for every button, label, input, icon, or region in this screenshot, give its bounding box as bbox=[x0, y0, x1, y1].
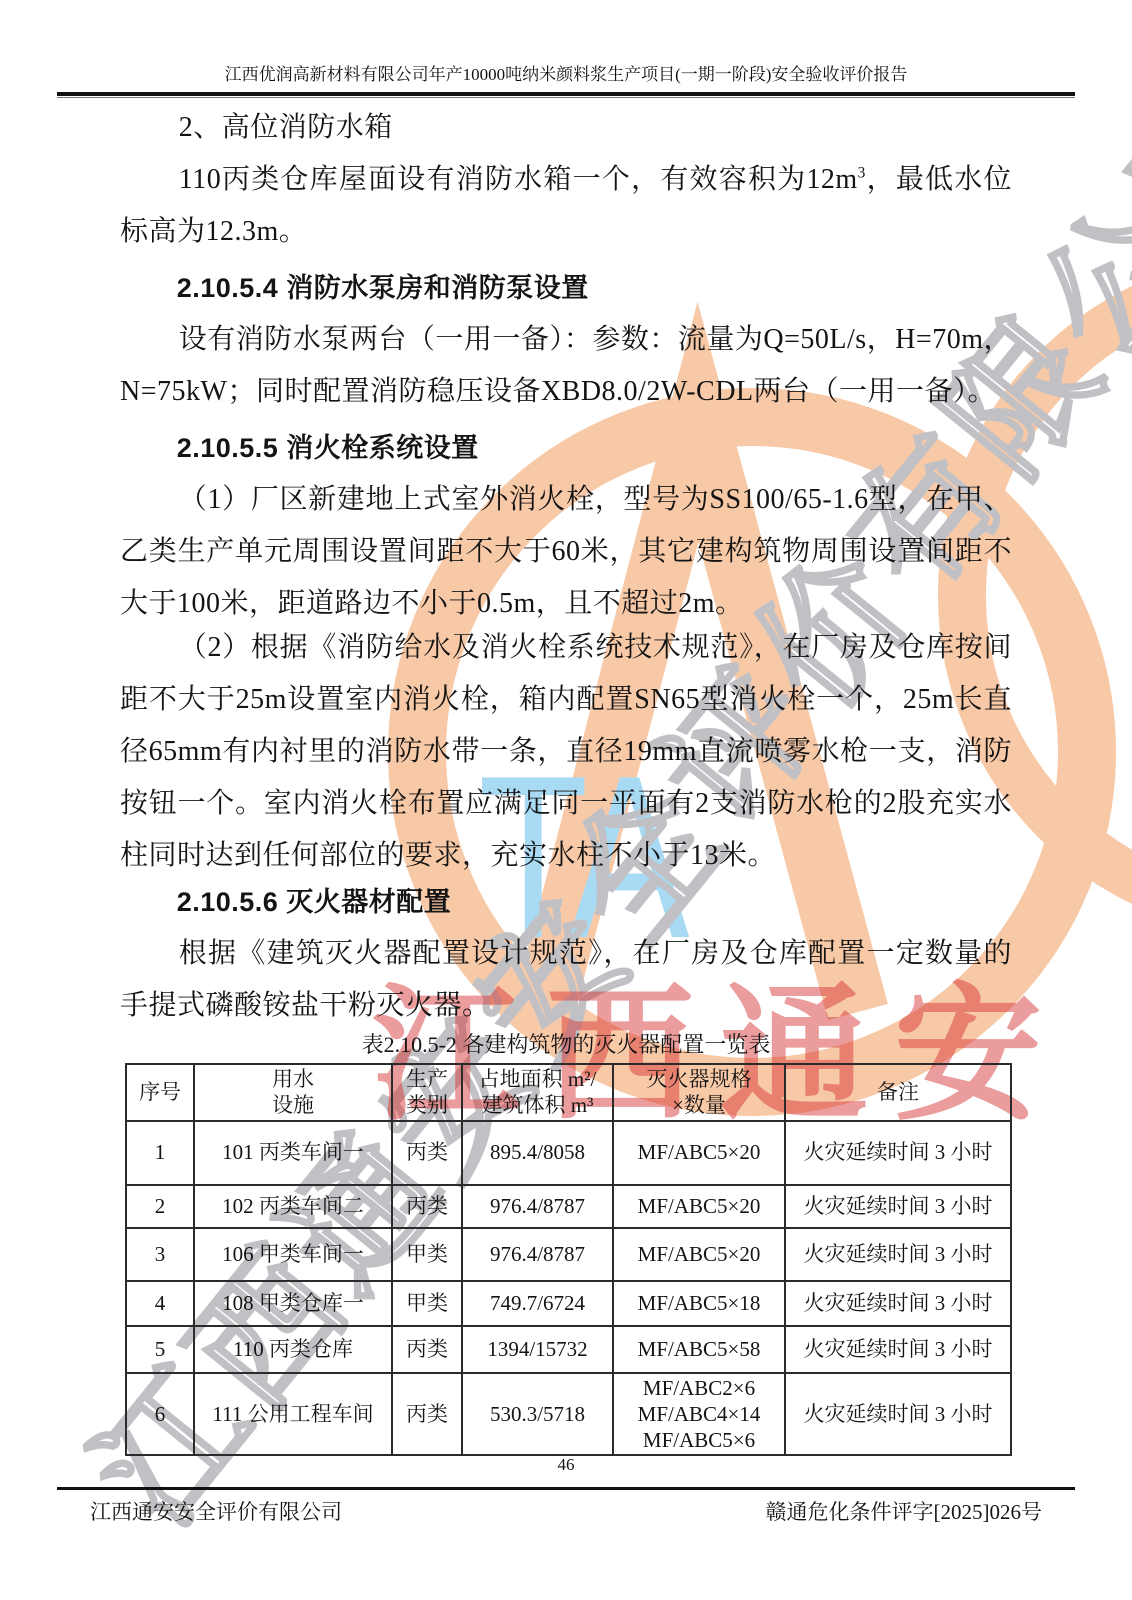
content-layer: 江西优润高新材料有限公司年产10000吨纳米颜料浆生产项目(一期一阶段)安全验收… bbox=[0, 0, 1132, 1600]
col-header-category: 生产类别 bbox=[392, 1064, 462, 1121]
cell-spec: MF/ABC5×20 bbox=[613, 1228, 785, 1281]
cell-spec: MF/ABC5×18 bbox=[613, 1281, 785, 1326]
cell-no: 1 bbox=[126, 1121, 194, 1185]
cell-no: 2 bbox=[126, 1185, 194, 1228]
cell-area: 749.7/6724 bbox=[462, 1281, 613, 1326]
cell-note: 火灾延续时间 3 小时 bbox=[785, 1185, 1011, 1228]
cell-note: 火灾延续时间 3 小时 bbox=[785, 1121, 1011, 1185]
cell-category: 丙类 bbox=[392, 1373, 462, 1456]
cell-facility: 101 丙类车间一 bbox=[194, 1121, 392, 1185]
document-page: TA 江西通安安全评价有限公司 江西通安 江西优润高新材料有限公司年产10000… bbox=[0, 0, 1132, 1600]
cell-area: 895.4/8058 bbox=[462, 1121, 613, 1185]
paragraph-water-tank-heading: 2、高位消防水箱 bbox=[120, 102, 1012, 154]
cell-category: 甲类 bbox=[392, 1281, 462, 1326]
table-row: 5 110 丙类仓库 丙类 1394/15732 MF/ABC5×58 火灾延续… bbox=[126, 1326, 1011, 1373]
table-header-row: 序号 用水设施 生产类别 占地面积 m²/建筑体积 m³ 灭火器规格×数量 备注 bbox=[126, 1064, 1011, 1121]
cell-facility: 102 丙类车间二 bbox=[194, 1185, 392, 1228]
cell-facility: 108 甲类仓库一 bbox=[194, 1281, 392, 1326]
table-row: 3 106 甲类车间一 甲类 976.4/8787 MF/ABC5×20 火灾延… bbox=[126, 1228, 1011, 1281]
cell-facility: 111 公用工程车间 bbox=[194, 1373, 392, 1456]
extinguisher-table: 序号 用水设施 生产类别 占地面积 m²/建筑体积 m³ 灭火器规格×数量 备注… bbox=[125, 1063, 1012, 1456]
cell-area: 976.4/8787 bbox=[462, 1228, 613, 1281]
cell-area: 1394/15732 bbox=[462, 1326, 613, 1373]
table-row: 1 101 丙类车间一 丙类 895.4/8058 MF/ABC5×20 火灾延… bbox=[126, 1121, 1011, 1185]
col-header-note: 备注 bbox=[785, 1064, 1011, 1121]
cell-note: 火灾延续时间 3 小时 bbox=[785, 1281, 1011, 1326]
cell-spec: MF/ABC5×20 bbox=[613, 1185, 785, 1228]
paragraph-fire-pump: 设有消防水泵两台（一用一备）：参数：流量为Q=50L/s，H=70m，N=75k… bbox=[120, 314, 1012, 418]
cell-category: 甲类 bbox=[392, 1228, 462, 1281]
cell-category: 丙类 bbox=[392, 1326, 462, 1373]
cell-category: 丙类 bbox=[392, 1185, 462, 1228]
cell-spec: MF/ABC5×58 bbox=[613, 1326, 785, 1373]
cell-note: 火灾延续时间 3 小时 bbox=[785, 1373, 1011, 1456]
paragraph-indoor-hydrant: （2）根据《消防给水及消火栓系统技术规范》，在厂房及仓库按间距不大于25m设置室… bbox=[120, 622, 1012, 882]
footer-company: 江西通安安全评价有限公司 bbox=[90, 1496, 342, 1526]
cell-note: 火灾延续时间 3 小时 bbox=[785, 1326, 1011, 1373]
cell-no: 4 bbox=[126, 1281, 194, 1326]
superscript-cubed: 3 bbox=[858, 165, 866, 182]
cell-category: 丙类 bbox=[392, 1121, 462, 1185]
table-row: 2 102 丙类车间二 丙类 976.4/8787 MF/ABC5×20 火灾延… bbox=[126, 1185, 1011, 1228]
page-footer: 江西通安安全评价有限公司 赣通危化条件评字[2025]026号 bbox=[90, 1496, 1042, 1526]
cell-no: 6 bbox=[126, 1373, 194, 1456]
cell-spec: MF/ABC5×20 bbox=[613, 1121, 785, 1185]
section-heading-2-10-5-5: 2.10.5.5 消火栓系统设置 bbox=[120, 422, 1012, 474]
paragraph-water-tank-text: 110丙类仓库屋面设有消防水箱一个，有效容积为12m bbox=[179, 164, 858, 195]
header-rule bbox=[57, 92, 1075, 96]
col-header-area: 占地面积 m²/建筑体积 m³ bbox=[462, 1064, 613, 1121]
paragraph-water-tank: 110丙类仓库屋面设有消防水箱一个，有效容积为12m3，最低水位标高为12.3m… bbox=[120, 154, 1012, 258]
paragraph-extinguisher: 根据《建筑灭火器配置设计规范》，在厂房及仓库配置一定数量的手提式磷酸铵盐干粉灭火… bbox=[120, 928, 1012, 1032]
cell-area: 976.4/8787 bbox=[462, 1185, 613, 1228]
col-header-spec: 灭火器规格×数量 bbox=[613, 1064, 785, 1121]
cell-facility: 110 丙类仓库 bbox=[194, 1326, 392, 1373]
section-heading-2-10-5-6: 2.10.5.6 灭火器材配置 bbox=[120, 876, 1012, 928]
page-number: 46 bbox=[0, 1455, 1132, 1475]
section-heading-2-10-5-4: 2.10.5.4 消防水泵房和消防泵设置 bbox=[120, 262, 1012, 314]
table-row: 6 111 公用工程车间 丙类 530.3/5718 MF/ABC2×6MF/A… bbox=[126, 1373, 1011, 1456]
table-row: 4 108 甲类仓库一 甲类 749.7/6724 MF/ABC5×18 火灾延… bbox=[126, 1281, 1011, 1326]
page-header-title: 江西优润高新材料有限公司年产10000吨纳米颜料浆生产项目(一期一阶段)安全验收… bbox=[0, 60, 1132, 85]
cell-spec: MF/ABC2×6MF/ABC4×14MF/ABC5×6 bbox=[613, 1373, 785, 1456]
cell-note: 火灾延续时间 3 小时 bbox=[785, 1228, 1011, 1281]
col-header-no: 序号 bbox=[126, 1064, 194, 1121]
table-caption: 表2.10.5-2 各建构筑物的灭火器配置一览表 bbox=[120, 1028, 1012, 1059]
cell-area: 530.3/5718 bbox=[462, 1373, 613, 1456]
cell-no: 5 bbox=[126, 1326, 194, 1373]
footer-doc-number: 赣通危化条件评字[2025]026号 bbox=[766, 1496, 1043, 1526]
paragraph-outdoor-hydrant: （1）厂区新建地上式室外消火栓，型号为SS100/65-1.6型，在甲、乙类生产… bbox=[120, 474, 1012, 630]
cell-facility: 106 甲类车间一 bbox=[194, 1228, 392, 1281]
footer-rule bbox=[57, 1487, 1075, 1490]
cell-no: 3 bbox=[126, 1228, 194, 1281]
col-header-facility: 用水设施 bbox=[194, 1064, 392, 1121]
